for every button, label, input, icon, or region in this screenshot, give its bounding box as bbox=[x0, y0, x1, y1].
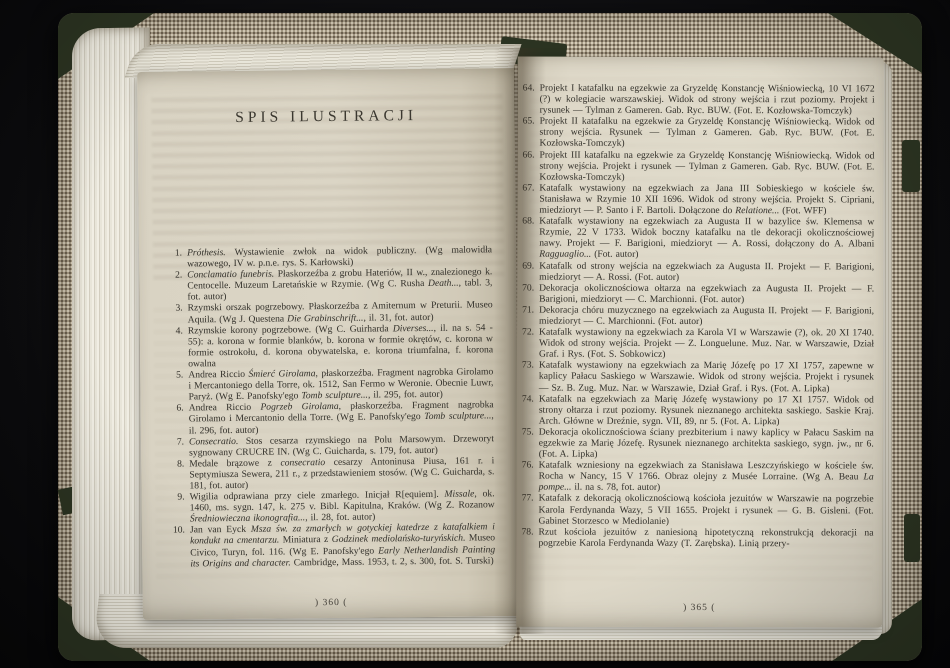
item-number: 5. bbox=[161, 370, 183, 404]
item-number: 66. bbox=[516, 149, 534, 182]
list-item: 76.Katafalk wzniesiony na egzekwiach za … bbox=[516, 460, 873, 494]
open-book-photo: SPIS ILUSTRACJI 1.Próthesis. Wystawienie… bbox=[0, 0, 950, 668]
illustration-list-right: 64.Projekt I katafalku na egzekwie za Gr… bbox=[516, 83, 874, 550]
item-number: 4. bbox=[161, 325, 183, 370]
item-text: Katafalk wystawiony na egzekwiach za Aug… bbox=[539, 216, 874, 261]
right-page-number: ) 365 ( bbox=[516, 603, 882, 614]
item-number: 6. bbox=[162, 403, 184, 437]
list-item: 72.Katafalk wystawiony na egzekwiach za … bbox=[516, 327, 874, 361]
item-text: Katafalk wystawiony na egzekwiach za Kar… bbox=[539, 327, 874, 361]
item-text: Conclamatio funebris. Płaskorzeźba z gro… bbox=[187, 266, 492, 302]
item-text: Próthesis. Wystawienie zwłok na widok pu… bbox=[187, 244, 492, 269]
item-text: Katafalk wystawiony na egzekwiach za Jan… bbox=[539, 182, 874, 216]
item-number: 77. bbox=[516, 493, 533, 526]
item-number: 71. bbox=[516, 304, 534, 326]
list-item: 66.Projekt III katafalku na egzekwie za … bbox=[516, 149, 874, 183]
page-title: SPIS ILUSTRACJI bbox=[137, 68, 515, 128]
list-item: 77.Katafalk z dekoracją okolicznościową … bbox=[516, 493, 873, 527]
list-item: 10.Jan van Eyck Msza św. za zmarłych w g… bbox=[163, 522, 495, 570]
item-text: Dekoracja okolicznościowa ściany prezbit… bbox=[539, 426, 874, 460]
list-item: 74.Katafalk na egzekwiach za Marię Józef… bbox=[516, 393, 874, 427]
left-page-number: ) 360 ( bbox=[143, 596, 520, 610]
list-item: 70.Dekoracja okolicznościowa ołtarza na … bbox=[516, 282, 874, 305]
item-text: Wigilia odprawiana przy ciele zmarłego. … bbox=[190, 488, 495, 524]
list-item: 4.Rzymskie korony pogrzebowe. (Wg C. Gui… bbox=[161, 322, 493, 370]
list-item: 69.Katafalk od strony wejścia na egzekwi… bbox=[516, 260, 874, 283]
item-number: 10. bbox=[163, 525, 185, 570]
item-number: 78. bbox=[516, 526, 533, 548]
item-text: Projekt I katafalku na egzekwie za Gryze… bbox=[540, 83, 875, 117]
left-page: SPIS ILUSTRACJI 1.Próthesis. Wystawienie… bbox=[137, 68, 520, 620]
list-item: 6.Andrea Riccio Pogrzeb Girolama, płasko… bbox=[162, 400, 494, 437]
item-number: 3. bbox=[161, 303, 183, 325]
list-item: 78.Rzut kościoła jezuitów z naniesioną h… bbox=[516, 526, 873, 549]
right-page-content: 64.Projekt I katafalku na egzekwie za Gr… bbox=[516, 57, 883, 628]
item-text: Rzymskie korony pogrzebowe. (Wg C. Guirh… bbox=[188, 322, 493, 370]
item-text: Rzymski orszak pogrzebowy. Płaskorzeźba … bbox=[188, 300, 493, 325]
item-number: 67. bbox=[516, 182, 534, 215]
item-number: 72. bbox=[516, 327, 534, 360]
item-number: 2. bbox=[160, 270, 182, 304]
item-text: Rzut kościoła jezuitów z naniesioną hipo… bbox=[538, 526, 873, 549]
list-item: 65.Projekt II katafalku na egzekwie za G… bbox=[516, 116, 874, 150]
list-item: 9.Wigilia odprawiana przy ciele zmarłego… bbox=[163, 488, 495, 525]
list-item: 73.Katafalk wystawiony na egzekwiach za … bbox=[516, 360, 874, 394]
item-text: Projekt II katafalku na egzekwie za Gryz… bbox=[540, 116, 875, 150]
item-number: 76. bbox=[516, 460, 533, 493]
list-item: 75.Dekoracja okolicznościowa ściany prez… bbox=[516, 426, 874, 460]
item-text: Katafalk z dekoracją okolicznościową koś… bbox=[539, 493, 874, 527]
cover-edge-patch-right-upper bbox=[902, 140, 920, 192]
cover-edge-patch-right-lower bbox=[904, 514, 920, 562]
list-item: 2.Conclamatio funebris. Płaskorzeźba z g… bbox=[160, 266, 492, 303]
list-item: 68.Katafalk wystawiony na egzekwiach za … bbox=[516, 216, 874, 261]
item-text: Jan van Eyck Msza św. za zmarłych w goty… bbox=[190, 522, 495, 570]
item-number: 9. bbox=[163, 492, 185, 526]
illustration-list-left: 1.Próthesis. Wystawienie zwłok na widok … bbox=[160, 244, 495, 569]
item-number: 65. bbox=[516, 116, 534, 149]
item-number: 69. bbox=[516, 260, 534, 282]
item-number: 64. bbox=[516, 83, 534, 116]
item-text: Consecratio. Stos cesarza rzymskiego na … bbox=[189, 433, 494, 458]
list-item: 5.Andrea Riccio Śmierć Girolama, płaskor… bbox=[161, 366, 493, 403]
item-text: Medale brązowe z consecratio cesarzy Ant… bbox=[189, 455, 494, 491]
item-number: 1. bbox=[160, 248, 182, 270]
item-number: 70. bbox=[516, 282, 534, 304]
item-number: 75. bbox=[516, 426, 534, 459]
item-text: Katafalk wzniesiony na egzekwiach za Sta… bbox=[539, 460, 874, 494]
item-text: Katafalk od strony wejścia na egzekwiach… bbox=[539, 260, 874, 283]
list-item: 64.Projekt I katafalku na egzekwie za Gr… bbox=[516, 83, 874, 117]
item-number: 68. bbox=[516, 216, 534, 260]
item-number: 8. bbox=[162, 458, 184, 492]
list-item: 71.Dekoracja chóru muzycznego na egzekwi… bbox=[516, 304, 874, 327]
item-text: Dekoracja okolicznościowa ołtarza na egz… bbox=[539, 282, 874, 305]
item-text: Andrea Riccio Śmierć Girolama, płaskorze… bbox=[188, 366, 493, 402]
right-page: 64.Projekt I katafalku na egzekwie za Gr… bbox=[516, 57, 883, 628]
item-number: 73. bbox=[516, 360, 534, 393]
list-item: 67.Katafalk wystawiony na egzekwiach za … bbox=[516, 182, 874, 216]
item-text: Dekoracja chóru muzycznego na egzekwiach… bbox=[539, 304, 874, 327]
item-text: Projekt III katafalku na egzekwie za Gry… bbox=[539, 149, 874, 183]
item-text: Andrea Riccio Pogrzeb Girolama, płaskorz… bbox=[189, 400, 494, 436]
item-text: Katafalk na egzekwiach za Marię Józefę w… bbox=[539, 393, 874, 427]
left-page-content: SPIS ILUSTRACJI 1.Próthesis. Wystawienie… bbox=[137, 68, 520, 620]
item-number: 74. bbox=[516, 393, 534, 426]
list-item: 8.Medale brązowe z consecratio cesarzy A… bbox=[162, 455, 494, 492]
item-text: Katafalk wystawiony na egzekwiach za Mar… bbox=[539, 360, 874, 394]
item-number: 7. bbox=[162, 436, 184, 458]
